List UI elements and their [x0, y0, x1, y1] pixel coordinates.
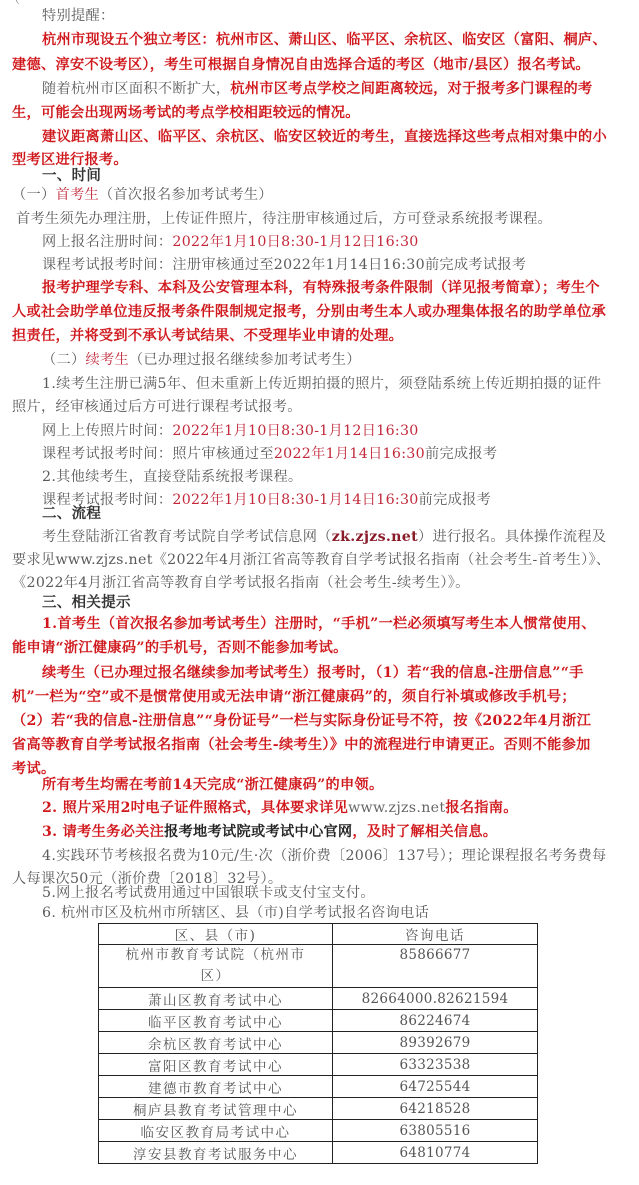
reminder-p1-line2: 建德、淳安不设考区），考生可根据自身情况自由选择合适的考区（地市/县区）报名考试…	[12, 55, 590, 75]
phone-cell: 64725544	[333, 1076, 538, 1098]
reminder-p2-line2: 生，可能会出现两场考试的考点学校相距较远的情况。	[12, 103, 360, 123]
district-cell: 淳安县教育考试服务中心	[99, 1142, 333, 1164]
other-continuing-course-time: 课程考试报考时间：2022年1月10日8:30-1月14日16:30前完成报考	[42, 490, 491, 510]
zk-zjzs-link[interactable]: zk.zjzs.net	[332, 529, 418, 545]
tip1-line1: 1.首考生（首次报名参加考试考生）注册时，“手机”一栏必须填写考生本人惯常使用、	[42, 614, 596, 634]
tip2-pre: 2. 照片采用2吋电子证件照格式，具体要求详见	[42, 800, 348, 816]
continuing-course-time-label: 课程考试报考时间：	[42, 446, 172, 462]
table-row: 临安区教育局考试中心 63805516	[99, 1120, 538, 1142]
table-row: 建德市教育考试中心 64725544	[99, 1076, 538, 1098]
tip1b-line2: 机”一栏为“空”或不是惯常使用或无法申请“浙江健康码”的，须自行补填或修改手机号…	[12, 687, 576, 707]
reminder-p3-line1: 建议距离萧山区、临平区、余杭区、临安区较近的考生，直接选择这些考点相对集中的小	[42, 127, 607, 147]
label-prefix: （一）	[12, 187, 55, 203]
tip1c: 所有考生均需在考前14天完成“浙江健康码”的申领。	[42, 775, 384, 795]
process-line2: 要求见www.zjzs.net《2022年4月浙江省高等教育自学考试报名指南（社…	[12, 550, 610, 570]
reminder-title: 特别提醒：	[42, 6, 114, 26]
course-exam-time-value: 注册审核通过至2022年1月14日16:30前完成考试报考	[172, 257, 526, 273]
reminder-p2-line1: 随着杭州市区面积不断扩大，杭州市区考点学校之间距离较远，对于报考多门课程的考	[42, 79, 593, 99]
tip6: 6. 杭州市区及杭州市所辖区、县（市)自学考试报名咨询电话	[42, 903, 429, 923]
process-line3: 《2022年4月浙江省高等教育自学考试报名指南（社会考生-续考生）》。	[12, 573, 470, 593]
header-phone: 咨询电话	[333, 924, 538, 945]
district-cell: 杭州市教育考试院（杭州市区）	[99, 945, 333, 988]
phone-cell: 82664000.82621594	[333, 988, 538, 1010]
phone-cell: 63323538	[333, 1054, 538, 1076]
tip1b-line1: 续考生（已办理过报名继续参加考试考生）报考时，（1）若“我的信息-注册信息”“手	[42, 663, 584, 683]
course-time-pre: 照片审核通过至	[172, 446, 273, 462]
tip2: 2. 照片采用2吋电子证件照格式，具体要求详见www.zjzs.net报名指南。	[42, 798, 518, 818]
table-header-row: 区、县（市) 咨询电话	[99, 924, 538, 945]
process-line1-pre: 考生登陆浙江省教育考试院自学考试信息网（	[42, 529, 332, 545]
photo-upload-time: 网上上传照片时间：2022年1月10日8:30-1月12日16:30	[42, 421, 419, 441]
section-heading-tips: 三、相关提示	[42, 593, 131, 613]
tip3: 3. 请考生务必关注报考地考试院或考试中心官网，及时了解相关信息。	[42, 822, 497, 842]
tip1b-line4: 省高等教育自学考试报名指南（社会考生-续考生）》中的流程进行申请更正。否则不能参…	[12, 735, 591, 755]
tip1b-line3: （2）若“我的信息-注册信息”“身份证号”一栏与实际身份证号不符，按《2022年…	[12, 711, 591, 731]
district-cell: 桐庐县教育考试管理中心	[99, 1098, 333, 1120]
continuing-item2: 2.其他续考生，直接登陆系统报考课程。	[42, 467, 302, 487]
phone-cell: 85866677	[333, 945, 538, 988]
course-time-post: 前完成报考	[425, 446, 497, 462]
warning-line1: 报考护理学专科、本科及公安管理本科，有特殊报考条件限制（详见报考简章）；考生个	[42, 278, 600, 298]
tip4-line1: 4.实践环节考核报名费为10元/生·次（浙价费〔2006〕137号）；理论课程报…	[42, 846, 606, 866]
first-time-desc: 首考生须先办理注册，上传证件照片，待注册审核通过后，方可登录系统报考课程。	[16, 209, 552, 229]
table-row: 临平区教育考试中心 86224674	[99, 1010, 538, 1032]
continuing-course-time: 课程考试报考时间：照片审核通过至2022年1月14日16:30前完成报考	[42, 444, 497, 464]
district-name-line1: 杭州市教育考试院（杭州市	[126, 947, 306, 963]
reminder-p1-line1: 杭州市现设五个独立考区：杭州市区、萧山区、临平区、余杭区、临安区（富阳、桐庐、	[42, 30, 607, 50]
section-heading-time: 一、时间	[42, 166, 101, 186]
course-time-value: 2022年1月14日16:30	[274, 446, 425, 462]
process-line1-post: ）进行报名。具体操作流程及	[418, 529, 606, 545]
warning-line2: 人或社会助学单位违反报考条件限制规定报考，分别由考生本人或办理集体报名的助学单位…	[12, 302, 606, 322]
table-row: 富阳区教育考试中心 63323538	[99, 1054, 538, 1076]
phone-cell: 64810774	[333, 1142, 538, 1164]
table-row: 萧山区教育考试中心 82664000.82621594	[99, 988, 538, 1010]
reminder-p2-gray-text: 随着杭州市区面积不断扩大，	[42, 81, 230, 97]
tip5: 5.网上报名考试费用通过中国银联卡或支付宝支付。	[42, 883, 375, 903]
warning-line3: 担责任，并将受到不承认考试结果、不受理毕业申请的处理。	[12, 326, 403, 346]
phone-cell: 63805516	[333, 1120, 538, 1142]
label-continuing: 续考生	[85, 352, 128, 368]
district-name-line2: 区）	[201, 968, 231, 984]
contacts-table: 区、县（市) 咨询电话 杭州市教育考试院（杭州市区） 85866677 萧山区教…	[98, 923, 538, 1164]
table-row: 余杭区教育考试中心 89392679	[99, 1032, 538, 1054]
registration-time-label: 网上报名注册时间：	[42, 234, 172, 250]
course2-time-post: 前完成报考	[419, 492, 491, 508]
district-cell: 萧山区教育考试中心	[99, 988, 333, 1010]
table-row: 桐庐县教育考试管理中心 64218528	[99, 1098, 538, 1120]
continuing-item1-line2: 照片，经审核通过后方可进行课程考试报考。	[12, 397, 302, 417]
table-row: 淳安县教育考试服务中心 64810774	[99, 1142, 538, 1164]
label-suffix: （首次报名参加考试考生）	[99, 187, 273, 203]
zjzs-link[interactable]: www.zjzs.net	[348, 800, 445, 816]
continuing-candidates-label: （二）续考生（已办理过报名继续参加考试考生）	[42, 350, 361, 370]
course-exam-time-label: 课程考试报考时间：	[42, 257, 172, 273]
label-suffix: （已办理过报名继续参加考试考生）	[129, 352, 361, 368]
first-time-candidates-label: （一）首考生（首次报名参加考试考生）	[12, 185, 273, 205]
phone-cell: 89392679	[333, 1032, 538, 1054]
process-line1: 考生登陆浙江省教育考试院自学考试信息网（zk.zjzs.net）进行报名。具体操…	[42, 527, 606, 547]
registration-time: 网上报名注册时间：2022年1月10日8:30-1月12日16:30	[42, 232, 419, 252]
tip3-post: ，及时了解相关信息。	[352, 824, 497, 840]
district-cell: 临平区教育考试中心	[99, 1010, 333, 1032]
table-row: 杭州市教育考试院（杭州市区） 85866677	[99, 945, 538, 988]
cropped-text-fragment: （	[8, 0, 38, 2]
tip3-mid: 报考地考试院或考试中心官网	[164, 824, 352, 840]
label-prefix: （二）	[42, 352, 85, 368]
reminder-p2-red-text: 杭州市区考点学校之间距离较远，对于报考多门课程的考	[230, 81, 592, 97]
tip2-post: 报名指南。	[445, 800, 517, 816]
district-cell: 临安区教育局考试中心	[99, 1120, 333, 1142]
course2-time-value: 2022年1月10日8:30-1月14日16:30	[172, 492, 418, 508]
section-heading-process: 二、流程	[42, 504, 101, 524]
district-cell: 富阳区教育考试中心	[99, 1054, 333, 1076]
continuing-item1-line1: 1.续考生注册已满5年、但未重新上传近期拍摄的照片，须登陆系统上传近期拍摄的证件	[42, 374, 602, 394]
course-exam-time: 课程考试报考时间：注册审核通过至2022年1月14日16:30前完成考试报考	[42, 255, 526, 275]
phone-cell: 64218528	[333, 1098, 538, 1120]
label-first-time: 首考生	[55, 187, 98, 203]
phone-cell: 86224674	[333, 1010, 538, 1032]
header-district: 区、县（市)	[99, 924, 333, 945]
district-cell: 余杭区教育考试中心	[99, 1032, 333, 1054]
registration-time-value: 2022年1月10日8:30-1月12日16:30	[172, 234, 418, 250]
tip3-pre: 3. 请考生务必关注	[42, 824, 164, 840]
photo-upload-time-value: 2022年1月10日8:30-1月12日16:30	[172, 423, 418, 439]
tip1-line2: 能申请“浙江健康码”的手机号，否则不能参加考试。	[12, 638, 348, 658]
district-cell: 建德市教育考试中心	[99, 1076, 333, 1098]
photo-upload-time-label: 网上上传照片时间：	[42, 423, 172, 439]
